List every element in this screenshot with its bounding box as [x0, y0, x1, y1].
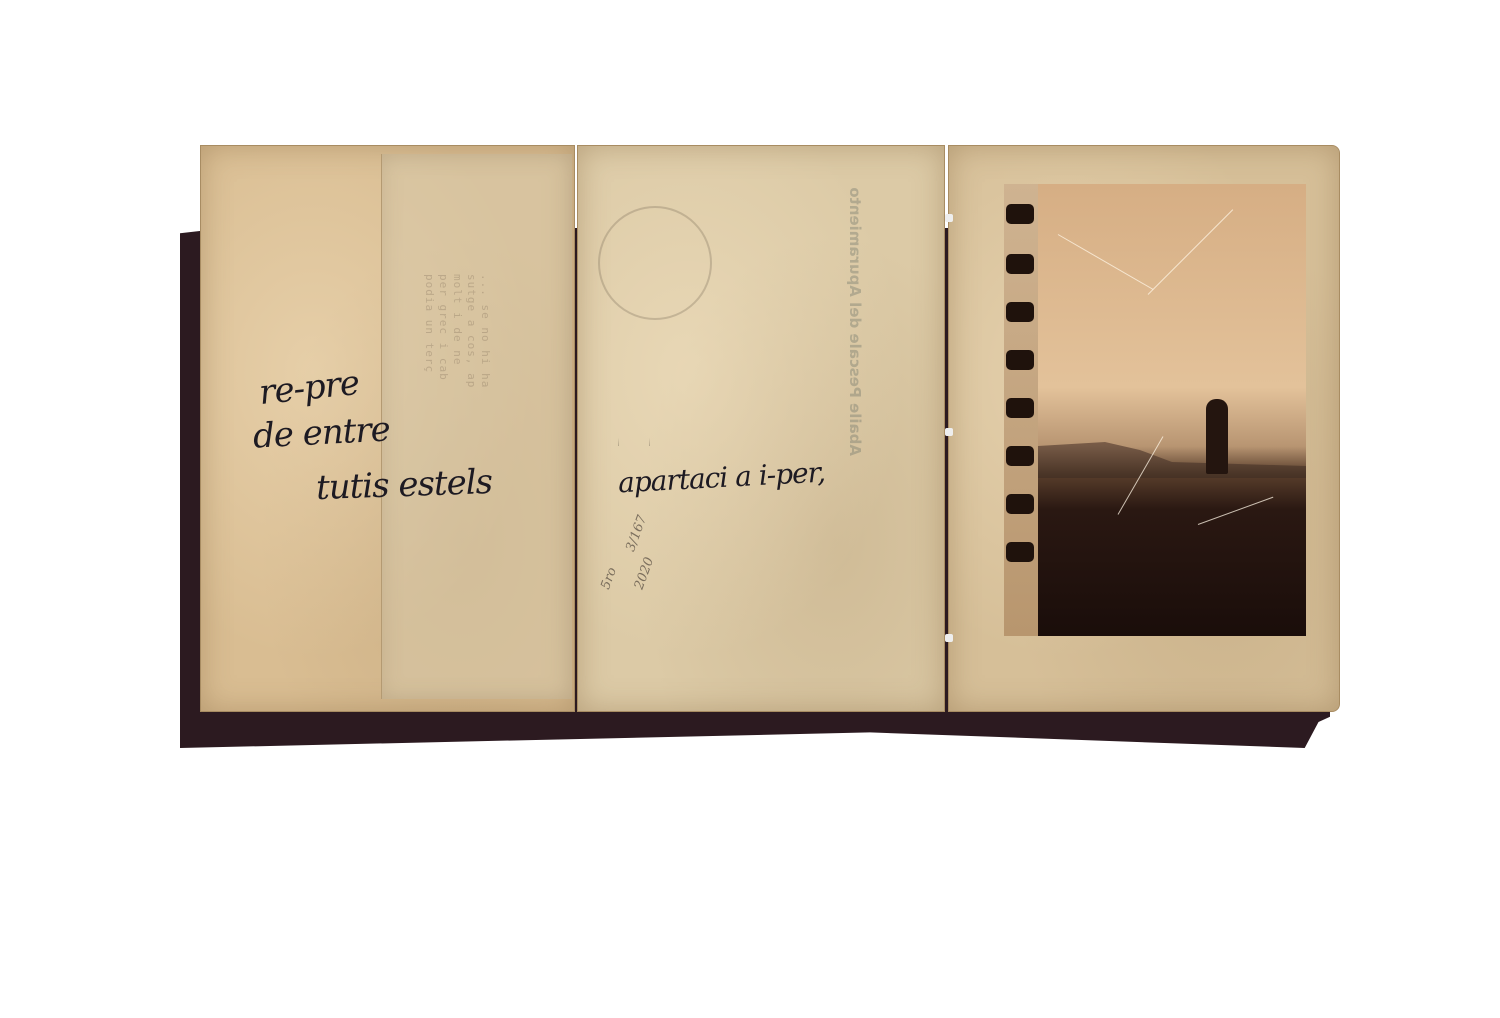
middle-page: Abaile Pescale del Apuramiento apartaci … [577, 145, 945, 712]
sprocket-hole [1006, 204, 1034, 224]
sprocket-hole [1006, 302, 1034, 322]
handwriting-line-1: re-pre [257, 366, 360, 410]
handwriting-line-3: tutis estels [315, 465, 492, 505]
photo-crack [1148, 209, 1234, 295]
handwriting-middle: apartaci a i-per, [617, 459, 825, 498]
right-page [948, 145, 1340, 712]
sprocket-hole [1006, 398, 1034, 418]
sprocket-hole [1006, 494, 1034, 514]
pencil-note-1: 3/167 [623, 513, 650, 553]
sprocket-hole [1006, 446, 1034, 466]
binding-stitch [945, 634, 953, 642]
open-sketchbook: ... se no hi ha sutge a cos, ap molt i d… [200, 145, 1340, 715]
sprocket-hole [1006, 350, 1034, 370]
folded-flap: ... se no hi ha sutge a cos, ap molt i d… [381, 154, 572, 699]
pencil-note-2: 5ro [598, 565, 620, 591]
binding-stitch [945, 214, 953, 222]
pencil-note-3: 2020 [632, 555, 657, 591]
silhouette-figure [1206, 399, 1228, 474]
sprocket-hole [1006, 254, 1034, 274]
photo-crack [1058, 234, 1154, 290]
binding-stitch [945, 428, 953, 436]
photo-crack [1198, 497, 1274, 525]
sepia-seascape-photo [1038, 184, 1306, 636]
mirrored-print-text: Abaile Pescale del Apuramiento [846, 156, 864, 456]
faint-printed-text: ... se no hi ha sutge a cos, ap molt i d… [422, 274, 492, 388]
distant-cliffs [1038, 438, 1306, 478]
sprocket-hole [1006, 542, 1034, 562]
left-page: ... se no hi ha sutge a cos, ap molt i d… [200, 145, 575, 712]
mounted-photograph [1004, 184, 1306, 636]
film-strip-edge [1004, 184, 1040, 636]
postal-stamp-icon [598, 206, 712, 320]
handwriting-line-2: de entre [252, 412, 390, 453]
pencil-sketch-tower [618, 326, 650, 446]
